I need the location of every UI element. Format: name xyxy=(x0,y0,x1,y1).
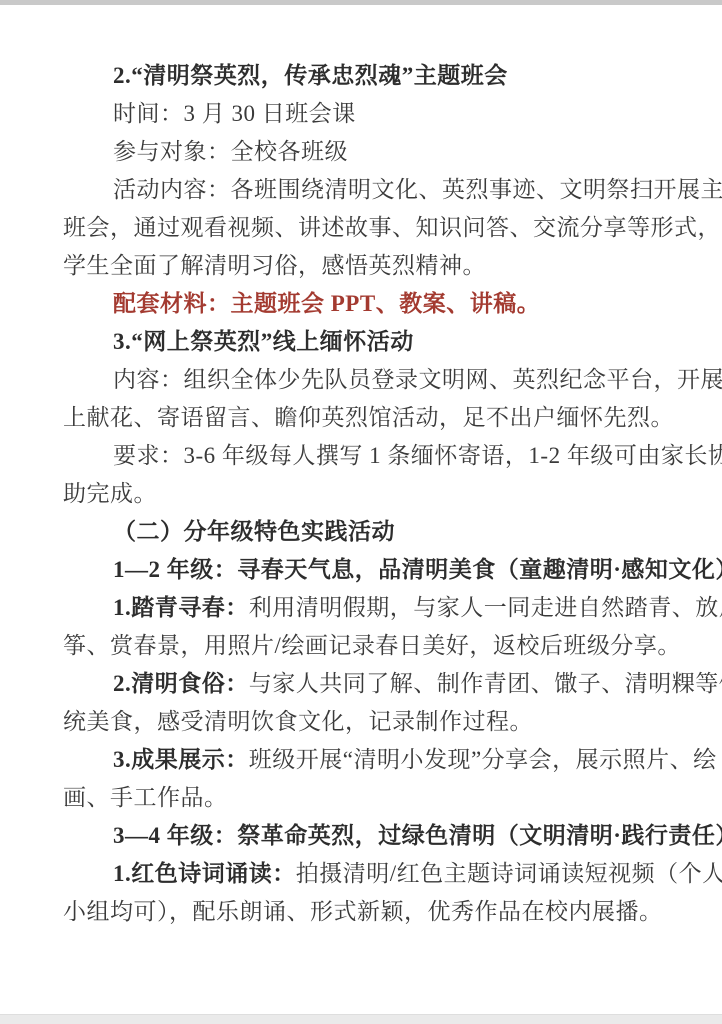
heading-online-memorial: 3.“网上祭英烈”线上缅怀活动 xyxy=(63,323,663,361)
heading-theme-class-meeting: 2.“清明祭英烈，传承忠烈魂”主题班会 xyxy=(63,57,663,95)
text-segment: 内容：组织全体少先队员登录文明网、英烈纪念平台，开展线 xyxy=(113,367,722,392)
text-segment: （二）分年级特色实践活动 xyxy=(113,519,395,544)
document-page: 2.“清明祭英烈，传承忠烈魂”主题班会时间：3 月 30 日班会课参与对象：全校… xyxy=(0,0,722,1024)
grade-1-2-item-3-line-1: 3.成果展示：班级开展“清明小发现”分享会，展示照片、绘 xyxy=(63,741,663,779)
text-segment: 2.“清明祭英烈，传承忠烈魂”主题班会 xyxy=(113,63,508,88)
text-segment: 学生全面了解清明习俗，感悟英烈精神。 xyxy=(63,253,486,278)
meeting-content-line-2: 班会，通过观看视频、讲述故事、知识问答、交流分享等形式，让 xyxy=(63,209,663,247)
text-segment: 小组均可），配乐朗诵、形式新颖，优秀作品在校内展播。 xyxy=(63,899,663,924)
online-memorial-content-line-2: 上献花、寄语留言、瞻仰英烈馆活动，足不出户缅怀先烈。 xyxy=(63,399,663,437)
grade-1-2-item-3-line-2: 画、手工作品。 xyxy=(63,779,663,817)
online-memorial-requirement-line-2: 助完成。 xyxy=(63,475,663,513)
text-segment: 班会，通过观看视频、讲述故事、知识问答、交流分享等形式，让 xyxy=(63,215,722,240)
text-segment: 活动内容：各班围绕清明文化、英烈事迹、文明祭扫开展主题 xyxy=(113,177,722,202)
text-segment: 与家人共同了解、制作青团、馓子、清明粿等传 xyxy=(249,671,722,696)
grade-1-2-item-1-line-1: 1.踏青寻春：利用清明假期，与家人一同走进自然踏青、放风 xyxy=(63,589,663,627)
text-segment: 利用清明假期，与家人一同走进自然踏青、放风 xyxy=(249,595,722,620)
heading-grade-1-2: 1—2 年级：寻春天气息，品清明美食（童趣清明·感知文化） xyxy=(63,551,663,589)
page-top-edge xyxy=(0,0,722,5)
grade-1-2-item-2-line-2: 统美食，感受清明饮食文化，记录制作过程。 xyxy=(63,703,663,741)
meeting-participants: 参与对象：全校各班级 xyxy=(63,133,663,171)
text-segment: 参与对象：全校各班级 xyxy=(113,139,348,164)
text-segment: 3.成果展示： xyxy=(113,747,249,772)
text-segment: 统美食，感受清明饮食文化，记录制作过程。 xyxy=(63,709,533,734)
page-bottom-edge xyxy=(0,1014,722,1024)
text-segment: 画、手工作品。 xyxy=(63,785,228,810)
text-segment: 要求：3-6 年级每人撰写 1 条缅怀寄语，1-2 年级可由家长协 xyxy=(113,443,722,468)
text-segment: 1.踏青寻春： xyxy=(113,595,249,620)
online-memorial-content-line-1: 内容：组织全体少先队员登录文明网、英烈纪念平台，开展线 xyxy=(63,361,663,399)
text-segment: 助完成。 xyxy=(63,481,157,506)
text-segment: 配套材料：主题班会 PPT、教案、讲稿。 xyxy=(113,291,540,316)
text-segment: 3—4 年级：祭革命英烈，过绿色清明（文明清明·践行责任） xyxy=(113,823,722,848)
meeting-time: 时间：3 月 30 日班会课 xyxy=(63,95,663,133)
grade-1-2-item-2-line-1: 2.清明食俗：与家人共同了解、制作青团、馓子、清明粿等传 xyxy=(63,665,663,703)
text-segment: 1—2 年级：寻春天气息，品清明美食（童趣清明·感知文化） xyxy=(113,557,722,582)
text-segment: 1.红色诗词诵读： xyxy=(113,861,296,886)
grade-3-4-item-1-line-2: 小组均可），配乐朗诵、形式新颖，优秀作品在校内展播。 xyxy=(63,893,663,931)
online-memorial-requirement-line-1: 要求：3-6 年级每人撰写 1 条缅怀寄语，1-2 年级可由家长协 xyxy=(63,437,663,475)
meeting-content-line-1: 活动内容：各班围绕清明文化、英烈事迹、文明祭扫开展主题 xyxy=(63,171,663,209)
text-segment: 拍摄清明/红色主题诗词诵读短视频（个人/ xyxy=(296,861,722,886)
document-body: 2.“清明祭英烈，传承忠烈魂”主题班会时间：3 月 30 日班会课参与对象：全校… xyxy=(63,57,663,931)
text-segment: 上献花、寄语留言、瞻仰英烈馆活动，足不出户缅怀先烈。 xyxy=(63,405,674,430)
text-segment: 3.“网上祭英烈”线上缅怀活动 xyxy=(113,329,414,354)
supporting-materials-red-note: 配套材料：主题班会 PPT、教案、讲稿。 xyxy=(63,285,663,323)
text-segment: 筝、赏春景，用照片/绘画记录春日美好，返校后班级分享。 xyxy=(63,633,681,658)
grade-3-4-item-1-line-1: 1.红色诗词诵读：拍摄清明/红色主题诗词诵读短视频（个人/ xyxy=(63,855,663,893)
heading-grade-3-4: 3—4 年级：祭革命英烈，过绿色清明（文明清明·践行责任） xyxy=(63,817,663,855)
grade-1-2-item-1-line-2: 筝、赏春景，用照片/绘画记录春日美好，返校后班级分享。 xyxy=(63,627,663,665)
meeting-content-line-3: 学生全面了解清明习俗，感悟英烈精神。 xyxy=(63,247,663,285)
text-segment: 班级开展“清明小发现”分享会，展示照片、绘 xyxy=(249,747,717,772)
heading-section-2-grade-activities: （二）分年级特色实践活动 xyxy=(63,513,663,551)
text-segment: 时间：3 月 30 日班会课 xyxy=(113,101,356,126)
text-segment: 2.清明食俗： xyxy=(113,671,249,696)
